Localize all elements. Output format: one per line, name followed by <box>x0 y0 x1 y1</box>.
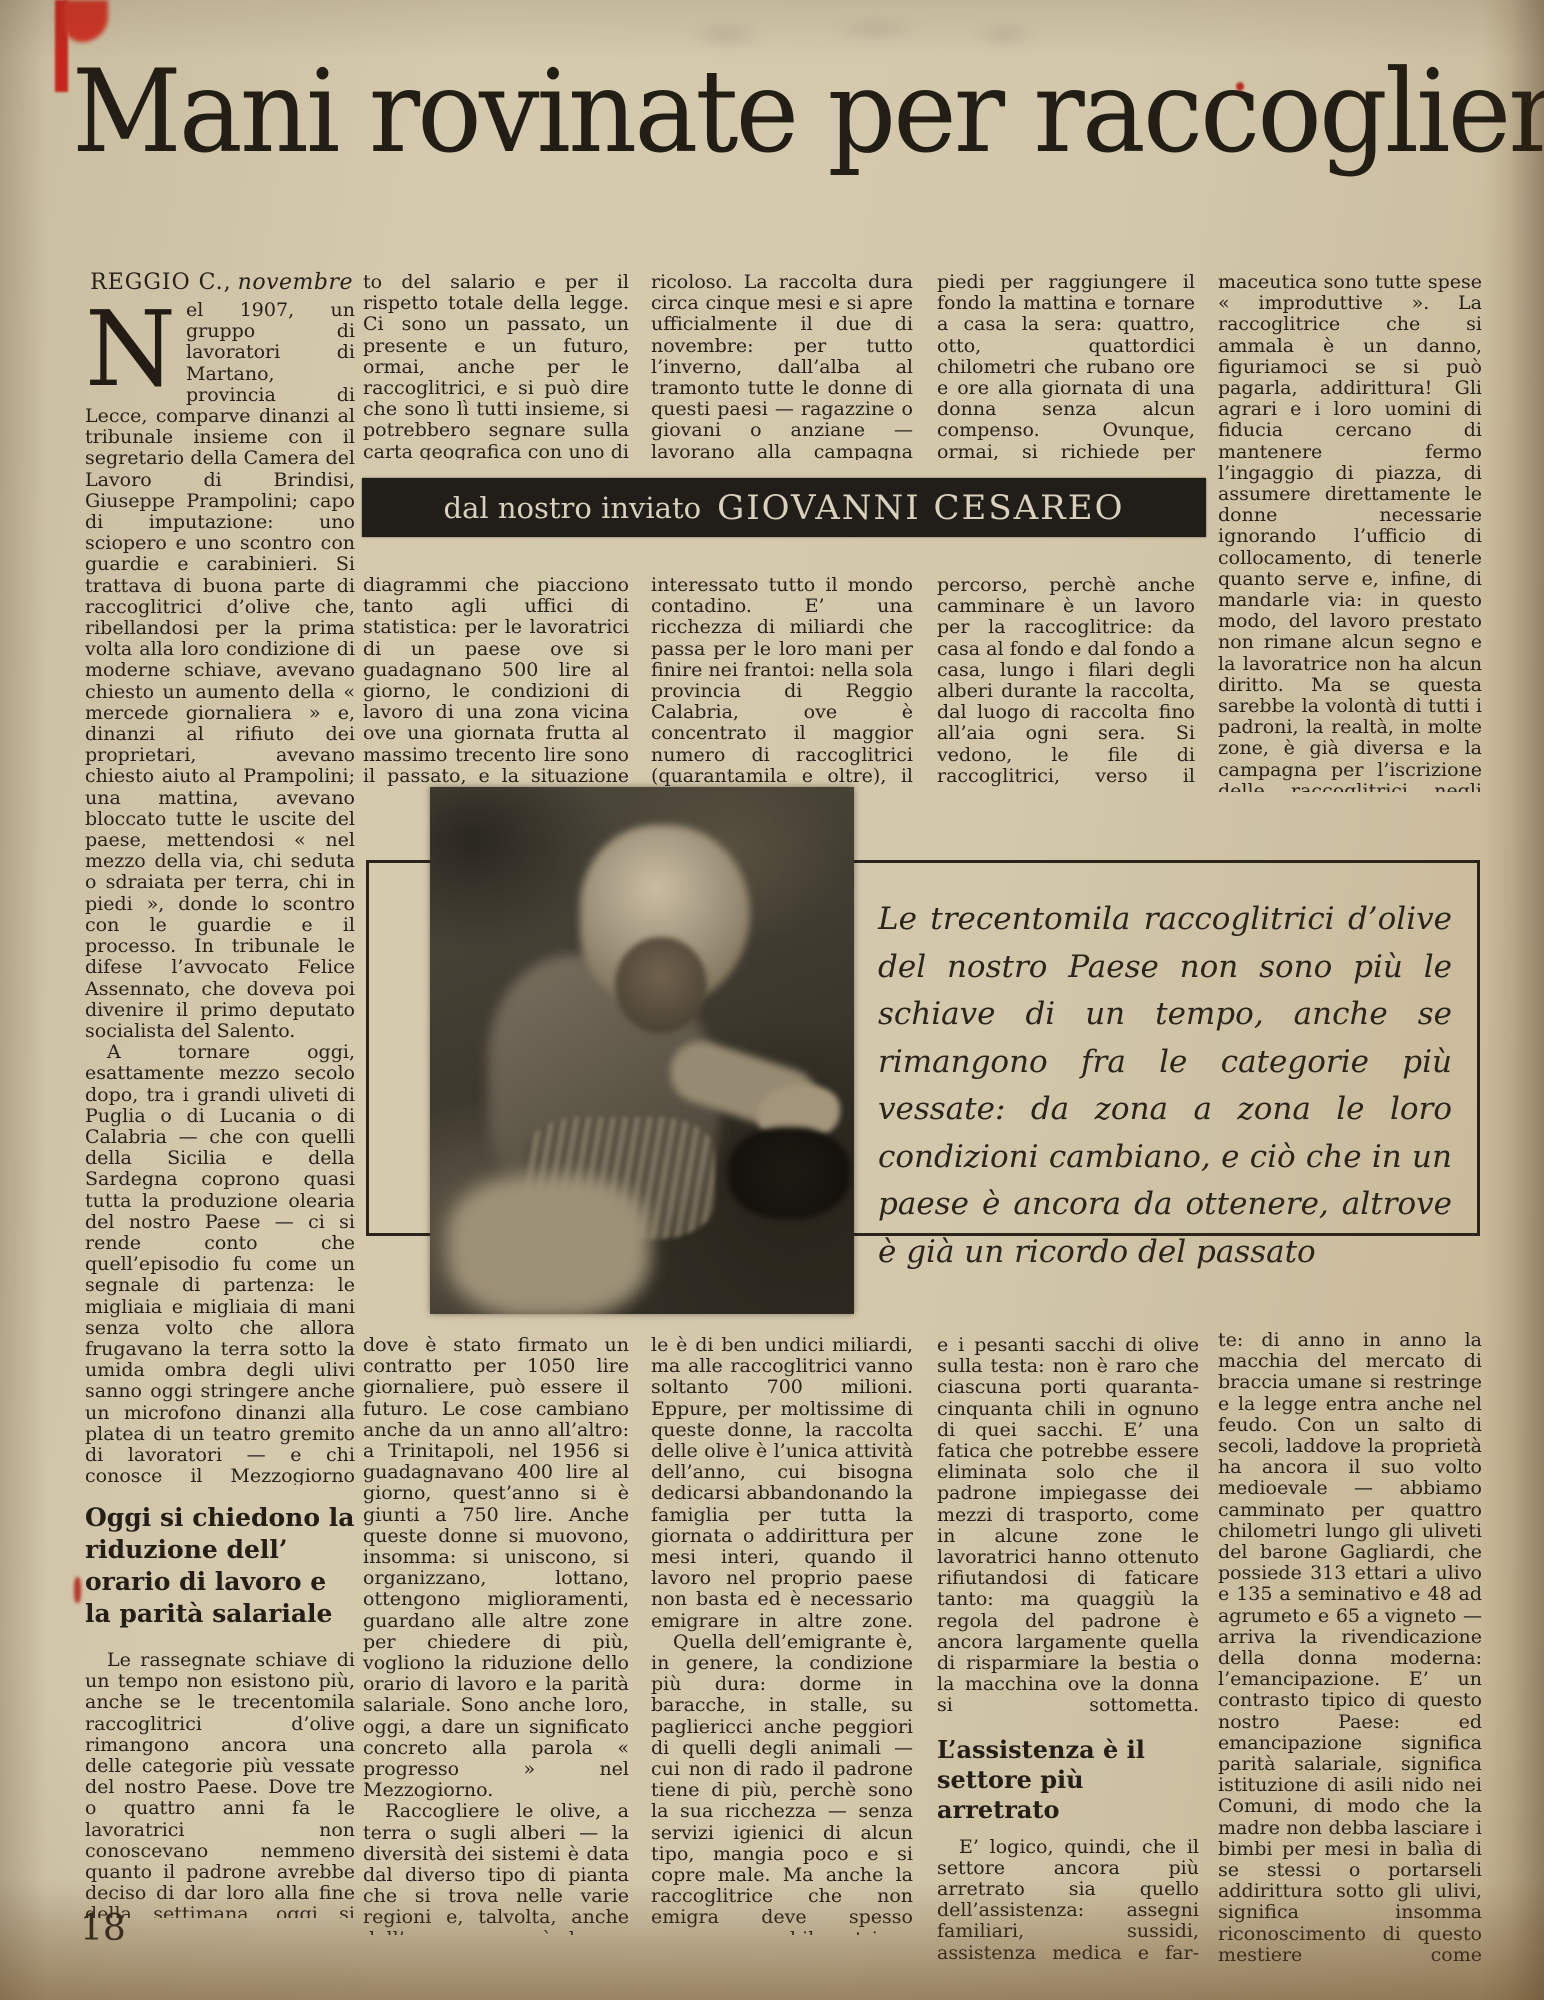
paragraph: E’ logico, quindi, che il settore ancora… <box>937 1837 1199 1964</box>
olive-picker-photo <box>430 787 854 1314</box>
article-column-2-bottom: dove è stato firmato un contratto per 10… <box>363 1335 629 1935</box>
article-column-3-bottom: le è di ben undici miliardi, ma alle rac… <box>651 1335 913 1935</box>
article-column-4-bottom: e i pesanti sacchi di olive sulla testa:… <box>937 1335 1199 1975</box>
paragraph: to del salario e per il rispetto totale … <box>363 272 629 460</box>
section-subhead-assistenza: L’assistenza è il settore più arretrato <box>937 1735 1199 1825</box>
paragraph: interessato tutto il mondo contadino. E’… <box>651 575 913 789</box>
paragraph: piedi per raggiungere il fondo la mattin… <box>937 272 1195 460</box>
byline-banner: dal nostro inviato GIOVANNI CESAREO <box>362 478 1206 537</box>
red-ink-blob-artifact <box>64 0 108 42</box>
paragraph: te: di anno in anno la macchia del merca… <box>1218 1330 1482 1966</box>
paragraph: dove è stato firmato un contratto per 10… <box>363 1335 629 1801</box>
dateline: REGGIO C.,novembre <box>85 270 353 295</box>
article-column-3-mid: interessato tutto il mondo contadino. E’… <box>651 575 913 789</box>
photo-shape-face <box>615 937 707 1033</box>
photo-shape-olives <box>728 1127 850 1219</box>
drop-cap: N <box>85 300 186 390</box>
paragraph: Le rassegnate schiave di un tempo non es… <box>85 1650 355 1918</box>
paragraph: Raccogliere le olive, a terra o sugli al… <box>363 1801 629 1935</box>
paragraph: Nel 1907, un gruppo di lavoratori di Mar… <box>85 300 355 1042</box>
article-column-4-top: piedi per raggiungere il fondo la mattin… <box>937 272 1195 460</box>
photo-shape-skirt <box>448 1175 650 1314</box>
article-column-2-top: to del salario e per il rispetto totale … <box>363 272 629 460</box>
paragraph: percorso, perchè anche camminare è un la… <box>937 575 1195 789</box>
magazine-page: { "page": { "title": "Mani rovinate per … <box>0 0 1544 2000</box>
article-column-5-bottom: te: di anno in anno la macchia del merca… <box>1218 1330 1482 1970</box>
article-column-1: Nel 1907, un gruppo di lavoratori di Mar… <box>85 300 355 1485</box>
paragraph: ricoloso. La raccolta dura circa cinque … <box>651 272 913 460</box>
byline-author: GIOVANNI CESAREO <box>717 488 1124 528</box>
article-column-1-continued: Le rassegnate schiave di un tempo non es… <box>85 1650 355 1918</box>
section-subhead-orario: Oggi si chiedono la riduzione dell’ orar… <box>85 1502 357 1630</box>
paragraph: e i pesanti sacchi di olive sulla testa:… <box>937 1335 1199 1717</box>
article-column-5: maceutica sono tutte spese « improduttiv… <box>1218 272 1482 792</box>
pullquote-text: Le trecentomila raccoglitrici d’olive de… <box>878 896 1452 1276</box>
page-number: 18 <box>80 1908 126 1949</box>
red-ink-strip-artifact <box>55 0 68 92</box>
article-title: Mani rovinate per raccogliere <box>72 52 1544 172</box>
article-column-3-top: ricoloso. La raccolta dura circa cinque … <box>651 272 913 460</box>
paragraph: A tornare oggi, esattamente mezzo secolo… <box>85 1042 355 1485</box>
paragraph-text: el 1907, un gruppo di lavoratori di Mart… <box>85 300 355 1042</box>
paragraph: le è di ben undici miliardi, ma alle rac… <box>651 1335 913 1632</box>
byline-prefix: dal nostro inviato <box>444 491 702 525</box>
dateline-place: REGGIO C., <box>90 270 232 295</box>
article-column-2-mid: diagrammi che piacciono tanto agli uffic… <box>363 575 629 789</box>
paragraph: maceutica sono tutte spese « improduttiv… <box>1218 272 1482 792</box>
paragraph: diagrammi che piacciono tanto agli uffic… <box>363 575 629 789</box>
paragraph: Quella dell’emigrante è, in genere, la c… <box>651 1632 913 1935</box>
dateline-date: novembre <box>232 270 353 295</box>
red-ink-dash-artifact <box>74 1577 81 1603</box>
article-column-4-mid: percorso, perchè anche camminare è un la… <box>937 575 1195 789</box>
